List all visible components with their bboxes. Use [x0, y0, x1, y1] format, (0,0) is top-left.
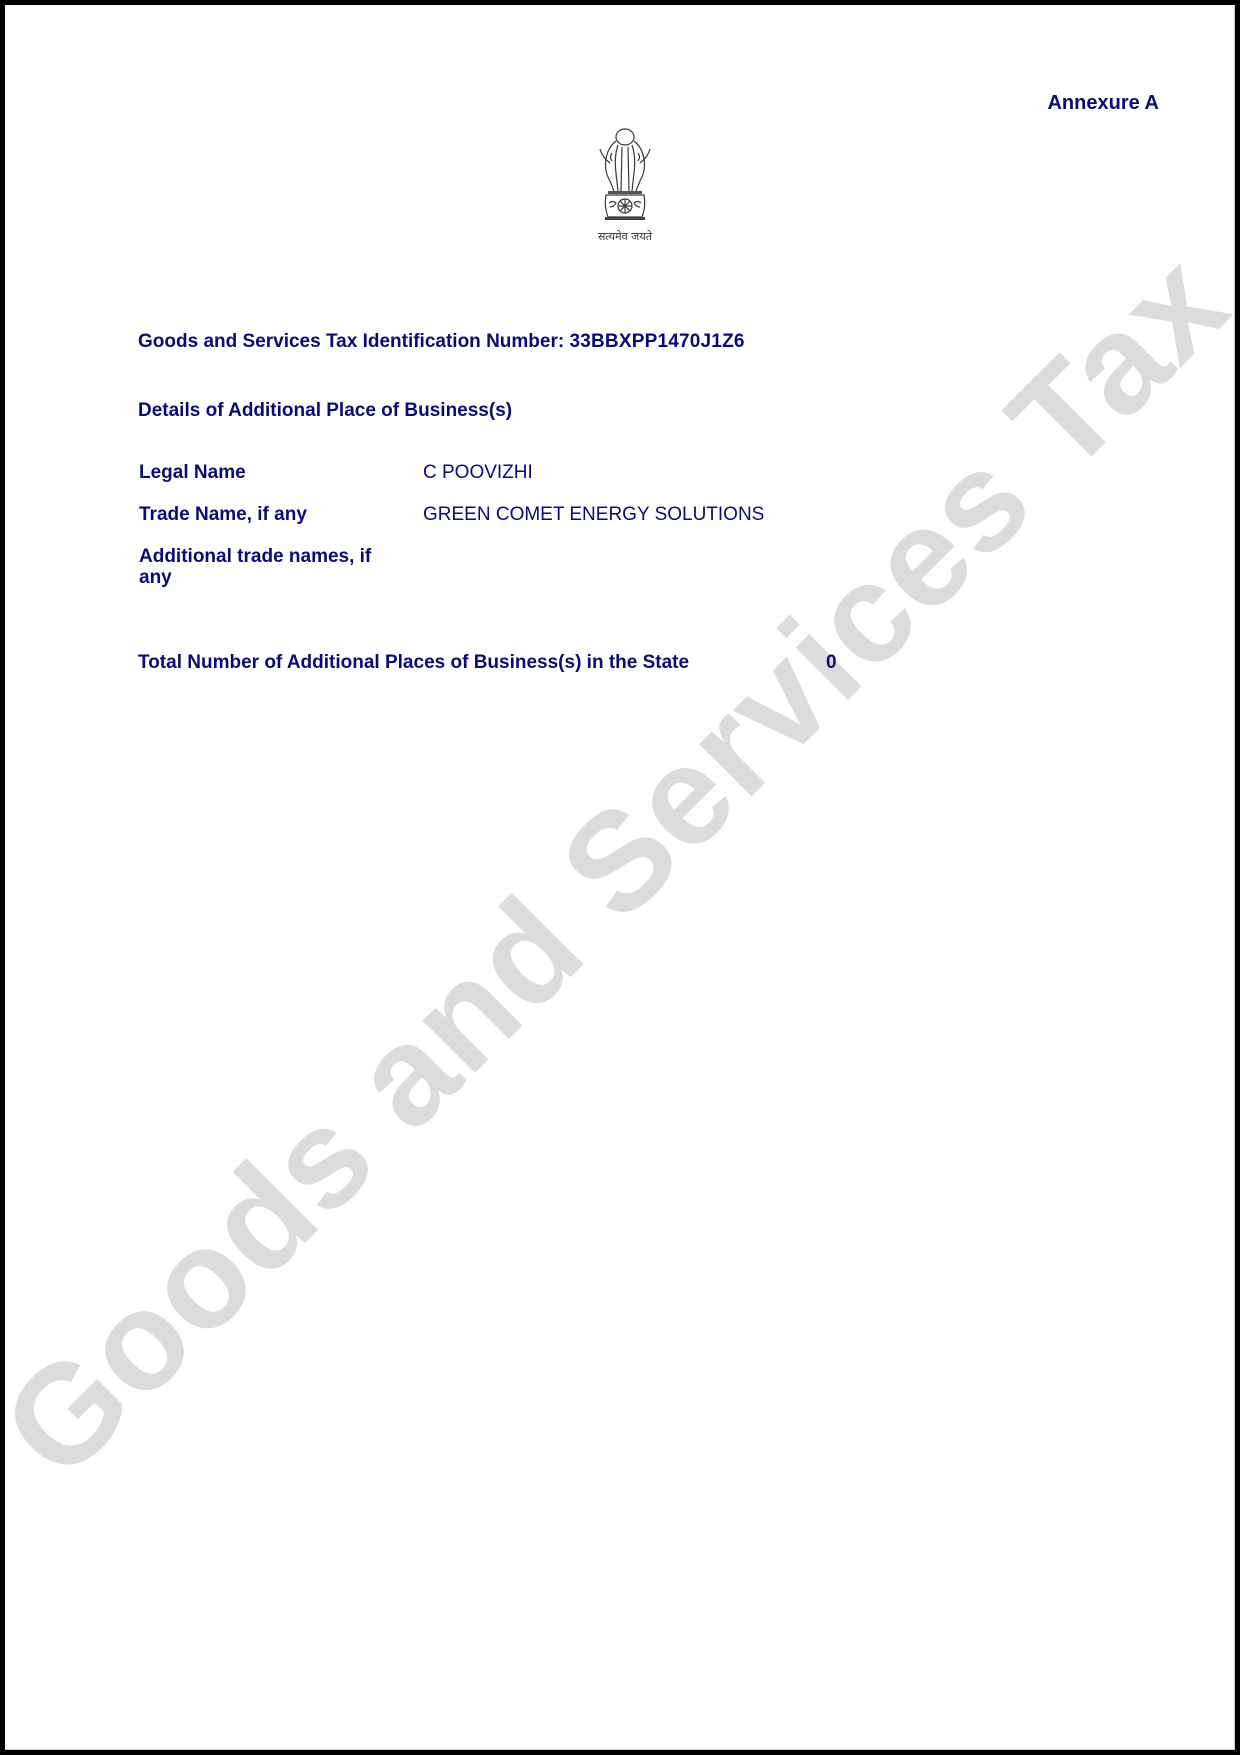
- field-value: C POOVIZHI: [423, 462, 533, 483]
- emblem-motto: सत्यमेव जयते: [588, 229, 662, 244]
- annexure-label: Annexure A: [1047, 92, 1159, 115]
- gstin-label: Goods and Services Tax Identification Nu…: [138, 331, 564, 352]
- total-places-label: Total Number of Additional Places of Bus…: [138, 652, 689, 674]
- document-page: Goods and Services Tax Annexure A: [5, 5, 1235, 1750]
- national-emblem-icon: [588, 123, 662, 243]
- field-label: Legal Name: [139, 462, 409, 483]
- field-value: GREEN COMET ENERGY SOLUTIONS: [423, 504, 764, 525]
- section-title: Details of Additional Place of Business(…: [138, 400, 512, 422]
- gstin-value: 33BBXPP1470J1Z6: [569, 331, 744, 352]
- total-places-value: 0: [826, 652, 837, 674]
- field-label: Additional trade names, if any: [139, 546, 409, 588]
- field-label: Trade Name, if any: [139, 504, 409, 525]
- gstin-line: Goods and Services Tax Identification Nu…: [138, 331, 745, 353]
